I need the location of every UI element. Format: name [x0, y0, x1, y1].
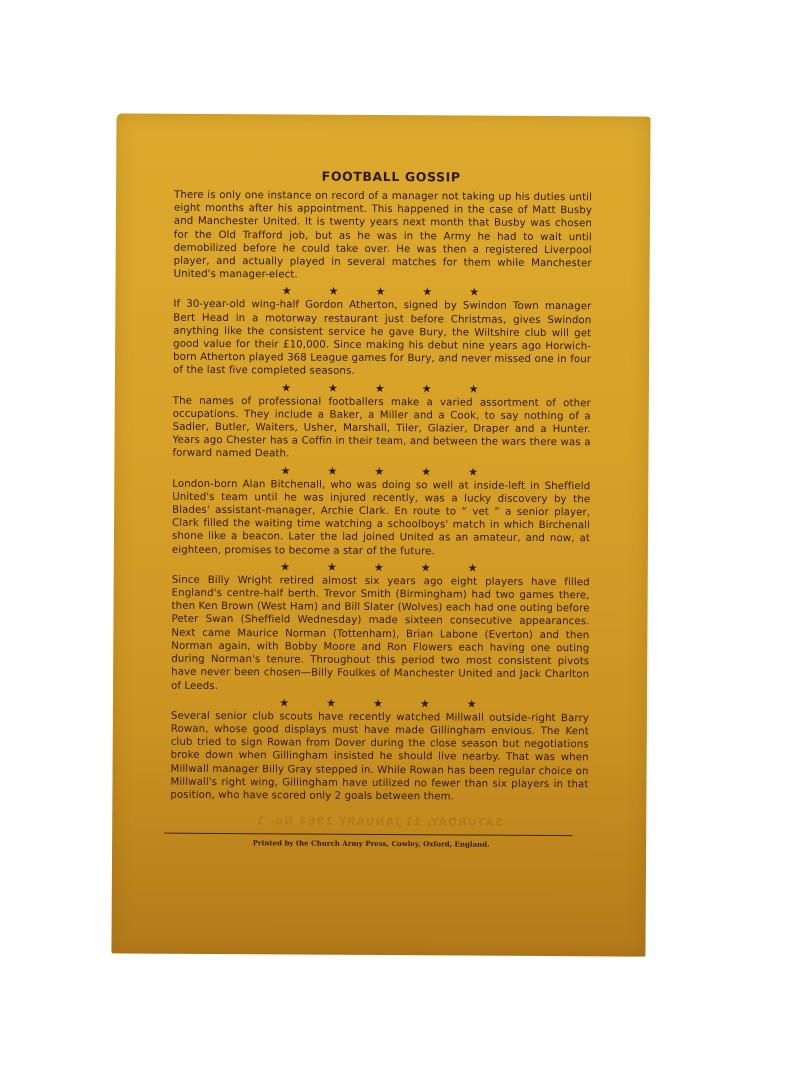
footer-divider	[164, 833, 572, 836]
article-paragraph: Since Billy Wright retired almost six ye…	[171, 574, 590, 695]
star-icon: ★	[328, 464, 338, 477]
star-separator: ★ ★ ★ ★ ★	[173, 284, 591, 300]
star-separator: ★ ★ ★ ★ ★	[171, 695, 589, 711]
star-icon: ★	[469, 286, 479, 299]
star-icon: ★	[468, 561, 478, 574]
star-icon: ★	[376, 285, 386, 298]
article-paragraph: The names of professional footballers ma…	[172, 394, 590, 463]
printer-credit: Printed by the Church Army Press, Cowley…	[170, 838, 588, 850]
star-icon: ★	[279, 696, 289, 709]
show-through-text: SATURDAY, 11 JANUARY 1964 No. 1	[170, 814, 588, 830]
star-icon: ★	[468, 465, 478, 478]
star-icon: ★	[281, 464, 291, 477]
star-icon: ★	[420, 697, 430, 710]
star-icon: ★	[421, 465, 431, 478]
article-paragraph: Several senior club scouts have recently…	[170, 709, 589, 804]
star-icon: ★	[328, 381, 338, 394]
article-paragraph: If 30-year-old wing-half Gordon Atherton…	[173, 298, 591, 380]
star-icon: ★	[467, 697, 477, 710]
star-icon: ★	[422, 286, 432, 299]
page-content: FOOTBALL GOSSIP There is only one instan…	[170, 168, 592, 850]
star-icon: ★	[326, 696, 336, 709]
star-icon: ★	[280, 560, 290, 573]
star-icon: ★	[422, 382, 432, 395]
page-title: FOOTBALL GOSSIP	[174, 168, 592, 186]
star-separator: ★ ★ ★ ★ ★	[172, 560, 590, 576]
star-icon: ★	[281, 381, 291, 394]
star-icon: ★	[469, 382, 479, 395]
star-icon: ★	[421, 561, 431, 574]
star-separator: ★ ★ ★ ★ ★	[172, 463, 590, 479]
star-icon: ★	[373, 697, 383, 710]
programme-page: FOOTBALL GOSSIP There is only one instan…	[111, 113, 650, 956]
star-icon: ★	[374, 561, 384, 574]
star-icon: ★	[375, 382, 385, 395]
article-paragraph: London-born Alan Bitchenall, who was doi…	[172, 477, 590, 559]
article-paragraph: There is only one instance on record of …	[174, 189, 593, 284]
star-icon: ★	[329, 285, 339, 298]
star-icon: ★	[282, 285, 292, 298]
star-separator: ★ ★ ★ ★ ★	[173, 380, 591, 396]
star-icon: ★	[374, 465, 384, 478]
star-icon: ★	[327, 561, 337, 574]
